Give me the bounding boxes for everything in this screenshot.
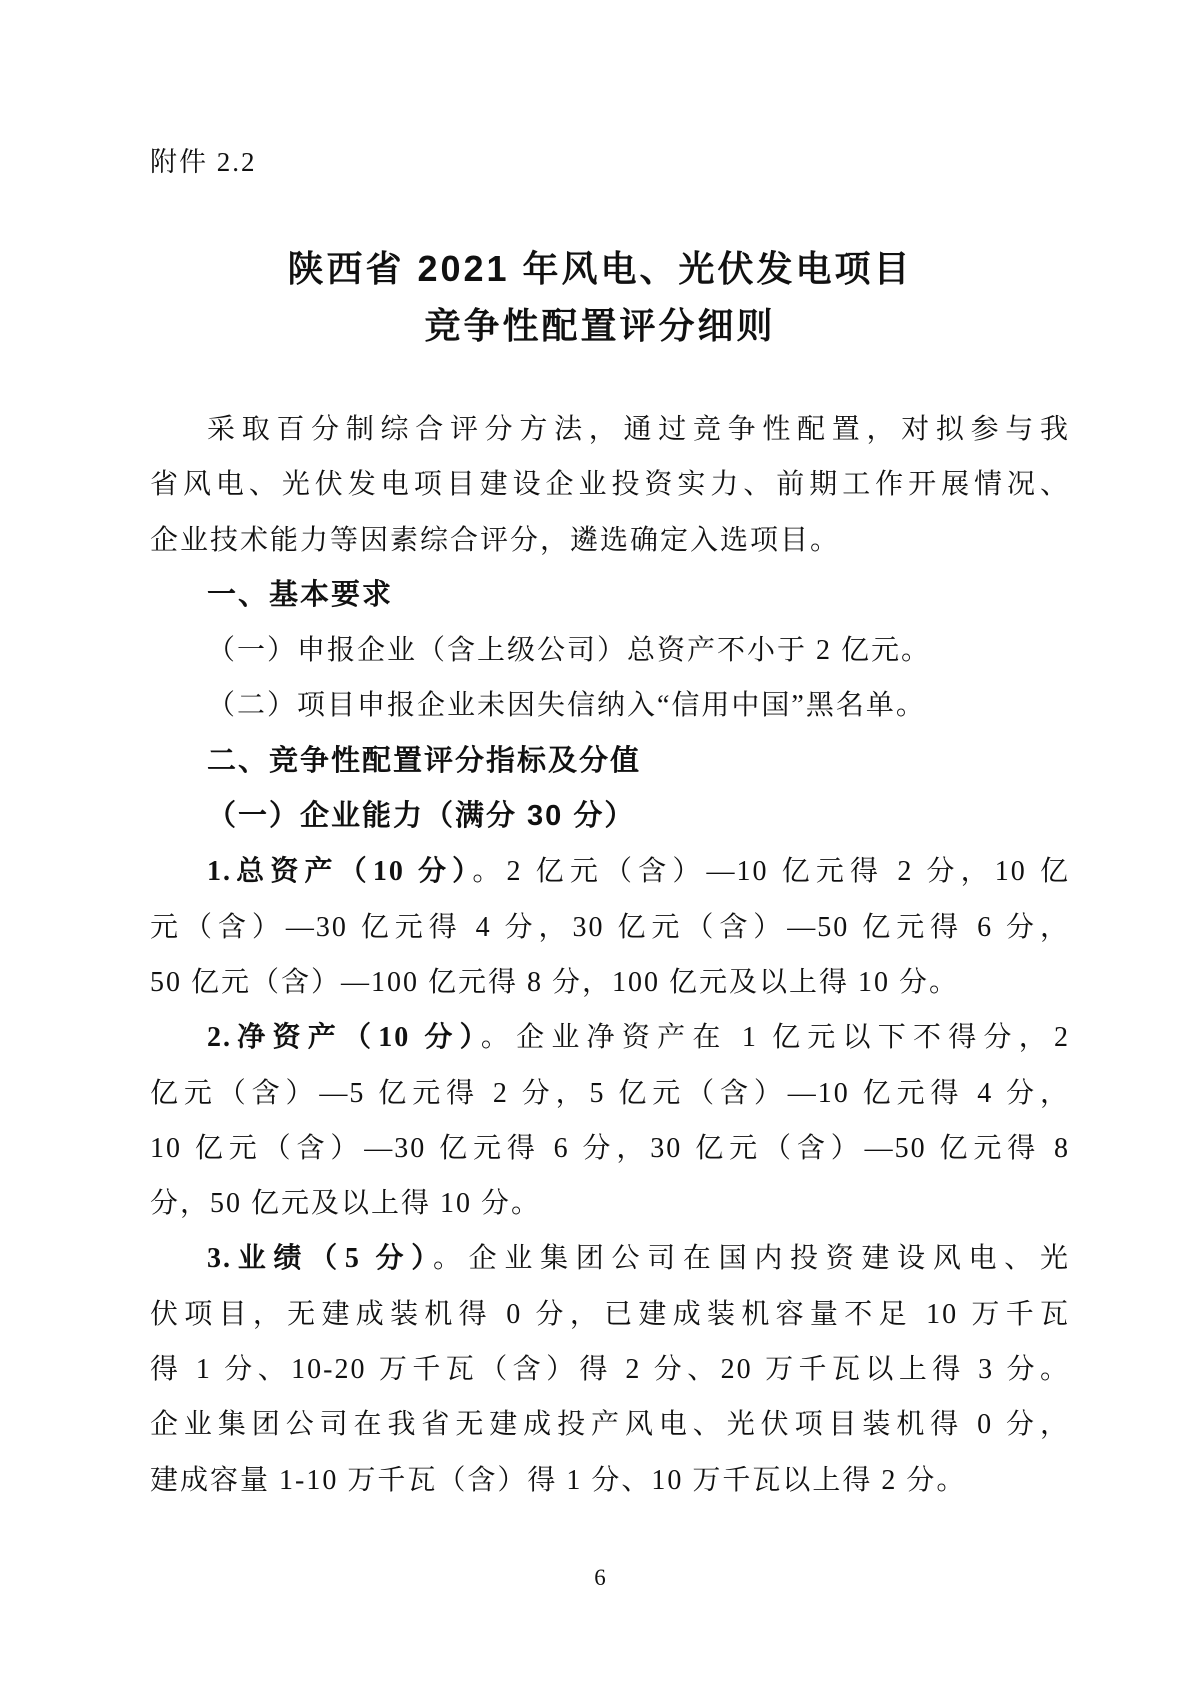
attachment-label: 附件 2.2 xyxy=(150,140,257,179)
body-text: 50 亿元（含）—100 亿元得 8 分，100 亿元及以上得 10 分。 xyxy=(150,967,959,998)
page-number: 6 xyxy=(0,1565,1200,1591)
document-body: 采取百分制综合评分方法，通过竞争性配置，对拟参与我 省风电、光伏发电项目建设企业… xyxy=(150,402,1070,1508)
body-line: 企业集团公司在我省无建成投产风电、光伏项目装机得 0 分， xyxy=(150,1397,1070,1452)
section-heading-1: 一、基本要求 xyxy=(150,568,1070,623)
body-text: 分，50 亿元及以上得 10 分。 xyxy=(150,1188,541,1219)
heading-text: 一、基本要求 xyxy=(207,579,393,611)
body-text: （一）申报企业（含上级公司）总资产不小于 2 亿元。 xyxy=(207,635,931,666)
document-title: 陕西省 2021 年风电、光伏发电项目 竞争性配置评分细则 xyxy=(0,240,1200,354)
item-lead: 2.净资产（10 分） xyxy=(207,1022,481,1053)
body-line: 分，50 亿元及以上得 10 分。 xyxy=(150,1176,1070,1231)
item-lead: 1.总资产（10 分） xyxy=(207,856,472,887)
body-line: 建成容量 1-10 万千瓦（含）得 1 分、10 万千瓦以上得 2 分。 xyxy=(150,1453,1070,1508)
body-line: （一）申报企业（含上级公司）总资产不小于 2 亿元。 xyxy=(150,623,1070,678)
body-line: 10 亿元（含）—30 亿元得 6 分，30 亿元（含）—50 亿元得 8 xyxy=(150,1121,1070,1176)
body-text: 。企业集团公司在国内投资建设风电、光 xyxy=(433,1243,1070,1274)
body-text: 企业技术能力等因素综合评分，遴选确定入选项目。 xyxy=(150,525,840,556)
body-line: 3.业绩（5 分）。企业集团公司在国内投资建设风电、光 xyxy=(150,1231,1070,1286)
body-text: 企业集团公司在我省无建成投产风电、光伏项目装机得 0 分， xyxy=(150,1409,1070,1440)
body-text: 伏项目，无建成装机得 0 分，已建成装机容量不足 10 万千瓦 xyxy=(150,1299,1070,1330)
body-line: 企业技术能力等因素综合评分，遴选确定入选项目。 xyxy=(150,513,1070,568)
body-text: 建成容量 1-10 万千瓦（含）得 1 分、10 万千瓦以上得 2 分。 xyxy=(150,1465,966,1496)
subsection-heading: （一）企业能力（满分 30 分） xyxy=(150,789,1070,844)
body-line: 省风电、光伏发电项目建设企业投资实力、前期工作开展情况、 xyxy=(150,457,1070,512)
body-text: 省风电、光伏发电项目建设企业投资实力、前期工作开展情况、 xyxy=(150,469,1070,500)
body-line: 得 1 分、10-20 万千瓦（含）得 2 分、20 万千瓦以上得 3 分。 xyxy=(150,1342,1070,1397)
body-text: 元（含）—30 亿元得 4 分，30 亿元（含）—50 亿元得 6 分， xyxy=(150,912,1070,943)
body-line: 伏项目，无建成装机得 0 分，已建成装机容量不足 10 万千瓦 xyxy=(150,1287,1070,1342)
body-text: 。2 亿元（含）—10 亿元得 2 分，10 亿 xyxy=(472,856,1070,887)
body-text: 。企业净资产在 1 亿元以下不得分，2 xyxy=(481,1022,1070,1053)
body-line: 采取百分制综合评分方法，通过竞争性配置，对拟参与我 xyxy=(150,402,1070,457)
section-heading-2: 二、竞争性配置评分指标及分值 xyxy=(150,734,1070,789)
item-lead: 3.业绩（5 分） xyxy=(207,1243,433,1274)
body-line: 2.净资产（10 分）。企业净资产在 1 亿元以下不得分，2 xyxy=(150,1010,1070,1065)
heading-text: （一）企业能力（满分 30 分） xyxy=(207,800,635,832)
body-text: 采取百分制综合评分方法，通过竞争性配置，对拟参与我 xyxy=(207,414,1070,445)
heading-text: 二、竞争性配置评分指标及分值 xyxy=(207,745,641,777)
body-text: 10 亿元（含）—30 亿元得 6 分，30 亿元（含）—50 亿元得 8 xyxy=(150,1133,1070,1164)
body-line: 1.总资产（10 分）。2 亿元（含）—10 亿元得 2 分，10 亿 xyxy=(150,844,1070,899)
body-text: 得 1 分、10-20 万千瓦（含）得 2 分、20 万千瓦以上得 3 分。 xyxy=(150,1354,1070,1385)
body-line: 50 亿元（含）—100 亿元得 8 分，100 亿元及以上得 10 分。 xyxy=(150,955,1070,1010)
document-page: 附件 2.2 陕西省 2021 年风电、光伏发电项目 竞争性配置评分细则 采取百… xyxy=(0,0,1200,1697)
body-line: （二）项目申报企业未因失信纳入“信用中国”黑名单。 xyxy=(150,678,1070,733)
body-text: （二）项目申报企业未因失信纳入“信用中国”黑名单。 xyxy=(207,690,926,721)
body-text: 亿元（含）—5 亿元得 2 分，5 亿元（含）—10 亿元得 4 分， xyxy=(150,1078,1070,1109)
body-line: 元（含）—30 亿元得 4 分，30 亿元（含）—50 亿元得 6 分， xyxy=(150,900,1070,955)
document-title-line1: 陕西省 2021 年风电、光伏发电项目 xyxy=(0,240,1200,297)
body-line: 亿元（含）—5 亿元得 2 分，5 亿元（含）—10 亿元得 4 分， xyxy=(150,1066,1070,1121)
document-title-line2: 竞争性配置评分细则 xyxy=(0,297,1200,354)
